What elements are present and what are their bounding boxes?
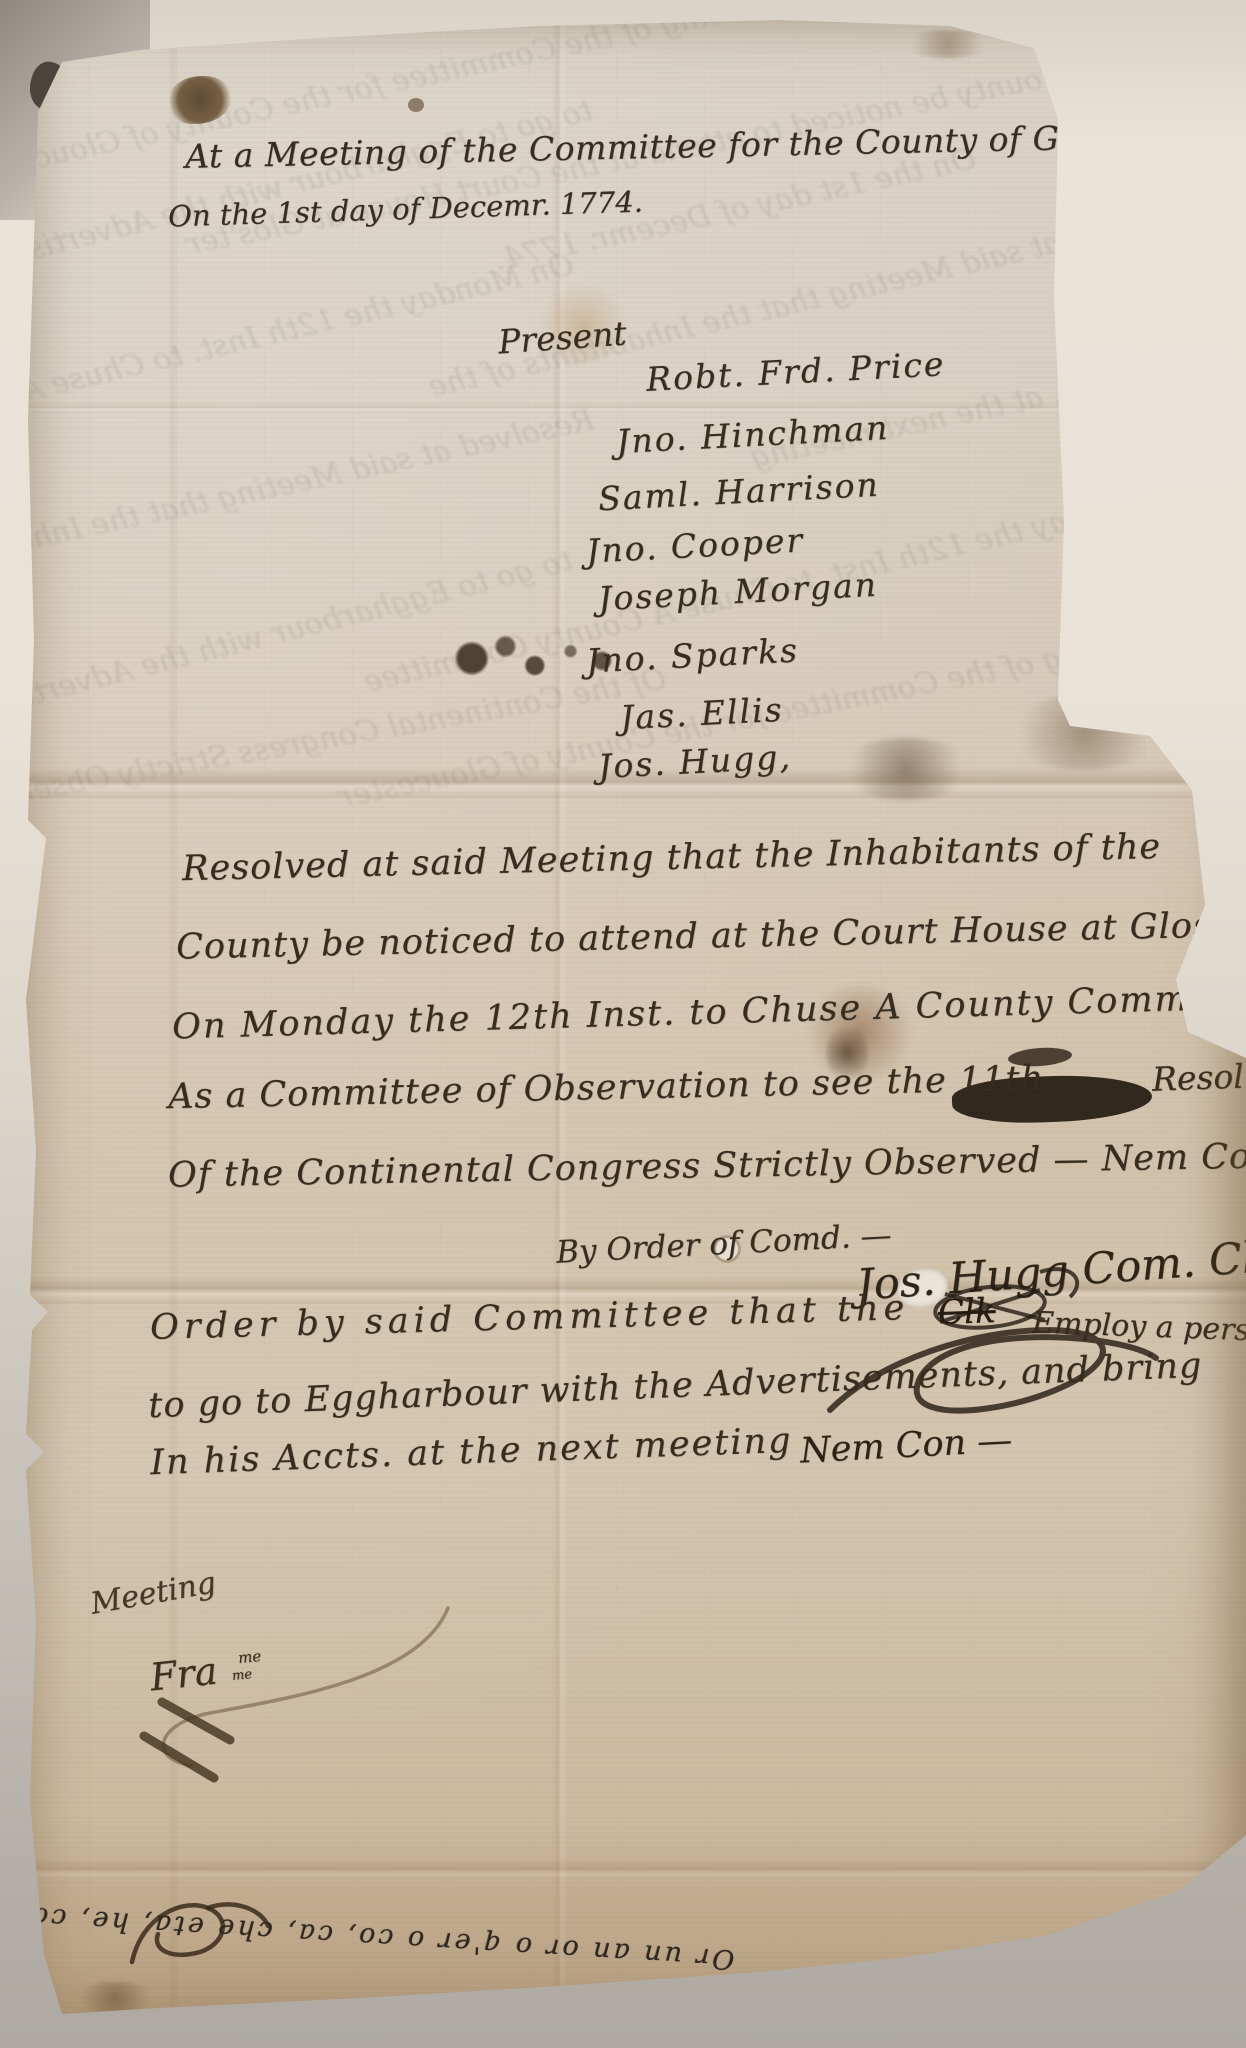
- manuscript-paper: At a Meeting of the Committee for the Co…: [0, 0, 1246, 2048]
- edge-stain: [900, 30, 995, 58]
- by-order-line: By Order of Comd. —: [555, 1217, 892, 1271]
- resolution-line: As a Committee of Observation to see the…: [168, 1059, 1045, 1117]
- fold-crease: [0, 1858, 1246, 1880]
- photo-backdrop: At a Meeting of the Committee for the Co…: [0, 0, 1246, 2048]
- ghost-writing: Resolved at said Meeting that the Inhabi…: [42, 402, 597, 553]
- ink-stain: [408, 98, 424, 112]
- inverted-docket-text: Or un an or o q'er o co, ca, che eta, he…: [215, 1912, 736, 1975]
- order-line: Order by said Committee that the: [150, 1288, 910, 1348]
- attendee-name: Joseph Morgan: [597, 565, 879, 619]
- annotation-fra-superscript: me: [231, 1667, 252, 1684]
- ghost-writing: At a Meeting of the Committee for the Co…: [781, 606, 1239, 728]
- annotation-fra: Fra: [148, 1649, 219, 1700]
- fold-crease: [0, 402, 1246, 412]
- smudge-stain: [1005, 695, 1165, 770]
- annotation-fra-superscript: me: [237, 1647, 262, 1667]
- resolution-line: Of the Continental Congress Strictly Obs…: [168, 1136, 1246, 1195]
- pen-slashes: [140, 1696, 260, 1786]
- heading-line-1: At a Meeting of the Committee for the Co…: [185, 115, 1220, 176]
- resolution-line: Resolved at said Meeting that the Inhabi…: [182, 827, 1162, 889]
- smudge-stain: [836, 738, 976, 800]
- order-line: In his Accts. at the next meeting: [149, 1421, 793, 1483]
- ghost-writing: to go to Eggharbour with the Advertiseme…: [24, 543, 576, 712]
- resolution-line-end: Resol.: [1151, 1056, 1246, 1099]
- resolution-line: On Monday the 12th Inst. to Chuse A Coun…: [172, 977, 1246, 1048]
- edge-stain: [70, 1982, 160, 2014]
- attendee-name: Saml. Harrison: [597, 465, 880, 519]
- attendee-name: Jno. Cooper: [585, 520, 805, 570]
- attendee-name: Robt. Frd. Price: [645, 344, 946, 399]
- resolution-line: County be noticed to attend at the Court…: [176, 904, 1246, 967]
